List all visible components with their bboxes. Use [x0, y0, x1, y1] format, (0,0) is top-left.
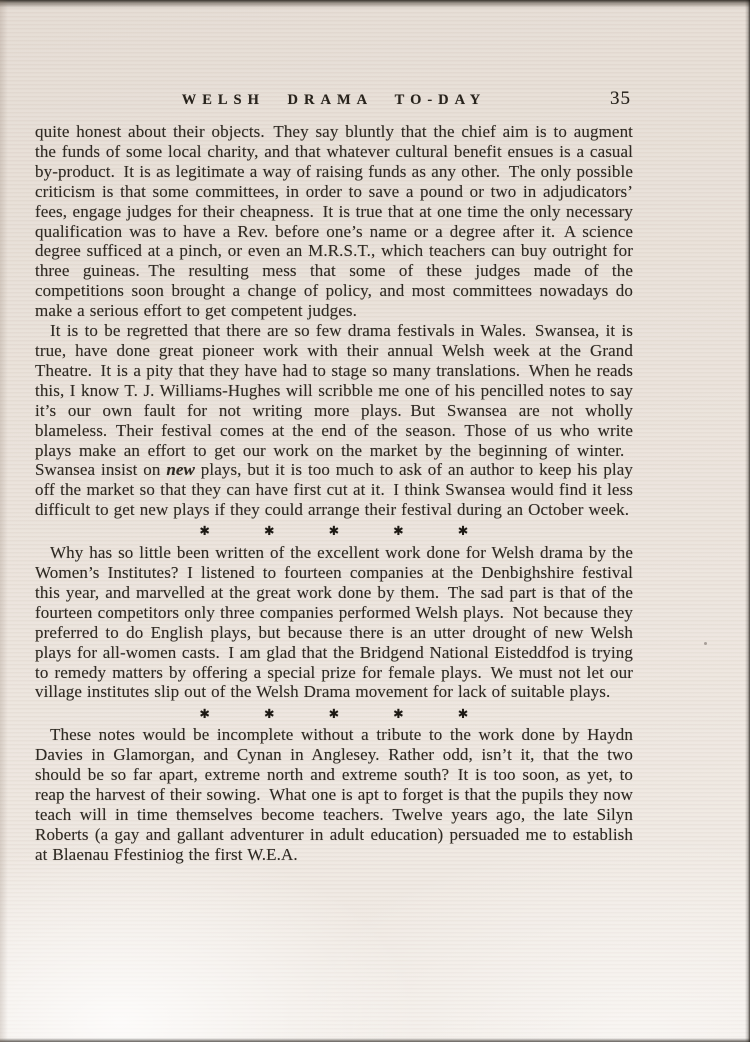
- asterisk-icon: ✱: [264, 708, 275, 721]
- section-divider: ✱ ✱ ✱ ✱ ✱: [35, 521, 633, 542]
- paragraph: quite honest about their objects. They s…: [35, 122, 633, 321]
- asterisk-icon: ✱: [200, 708, 211, 721]
- dust-speck: [704, 642, 707, 645]
- asterisk-icon: ✱: [393, 525, 404, 538]
- page-text: quite honest about their objects. They s…: [35, 122, 633, 865]
- page-edge-left: [0, 0, 8, 1042]
- page-edge-top: [0, 0, 750, 8]
- book-page: WELSH DRAMA TO-DAY 35 quite honest about…: [0, 0, 750, 1042]
- page-number: 35: [610, 88, 631, 110]
- asterisk-icon: ✱: [264, 525, 275, 538]
- running-title: WELSH DRAMA TO-DAY: [35, 92, 633, 109]
- asterisk-icon: ✱: [458, 708, 469, 721]
- running-header: WELSH DRAMA TO-DAY 35: [35, 90, 633, 114]
- paragraph-text: It is to be regretted that there are so …: [35, 321, 633, 479]
- emphasized-word: new: [166, 460, 195, 479]
- paragraph: It is to be regretted that there are so …: [35, 321, 633, 520]
- page-edge-bottom: [0, 1038, 750, 1042]
- section-divider: ✱ ✱ ✱ ✱ ✱: [35, 703, 633, 724]
- asterisk-icon: ✱: [393, 708, 404, 721]
- asterisk-icon: ✱: [200, 525, 211, 538]
- asterisk-icon: ✱: [329, 708, 340, 721]
- asterisk-icon: ✱: [458, 525, 469, 538]
- asterisk-icon: ✱: [329, 525, 340, 538]
- page-edge-right: [745, 0, 750, 1042]
- paragraph: Why has so little been written of the ex…: [35, 543, 633, 702]
- paragraph: These notes would be incomplete without …: [35, 725, 633, 864]
